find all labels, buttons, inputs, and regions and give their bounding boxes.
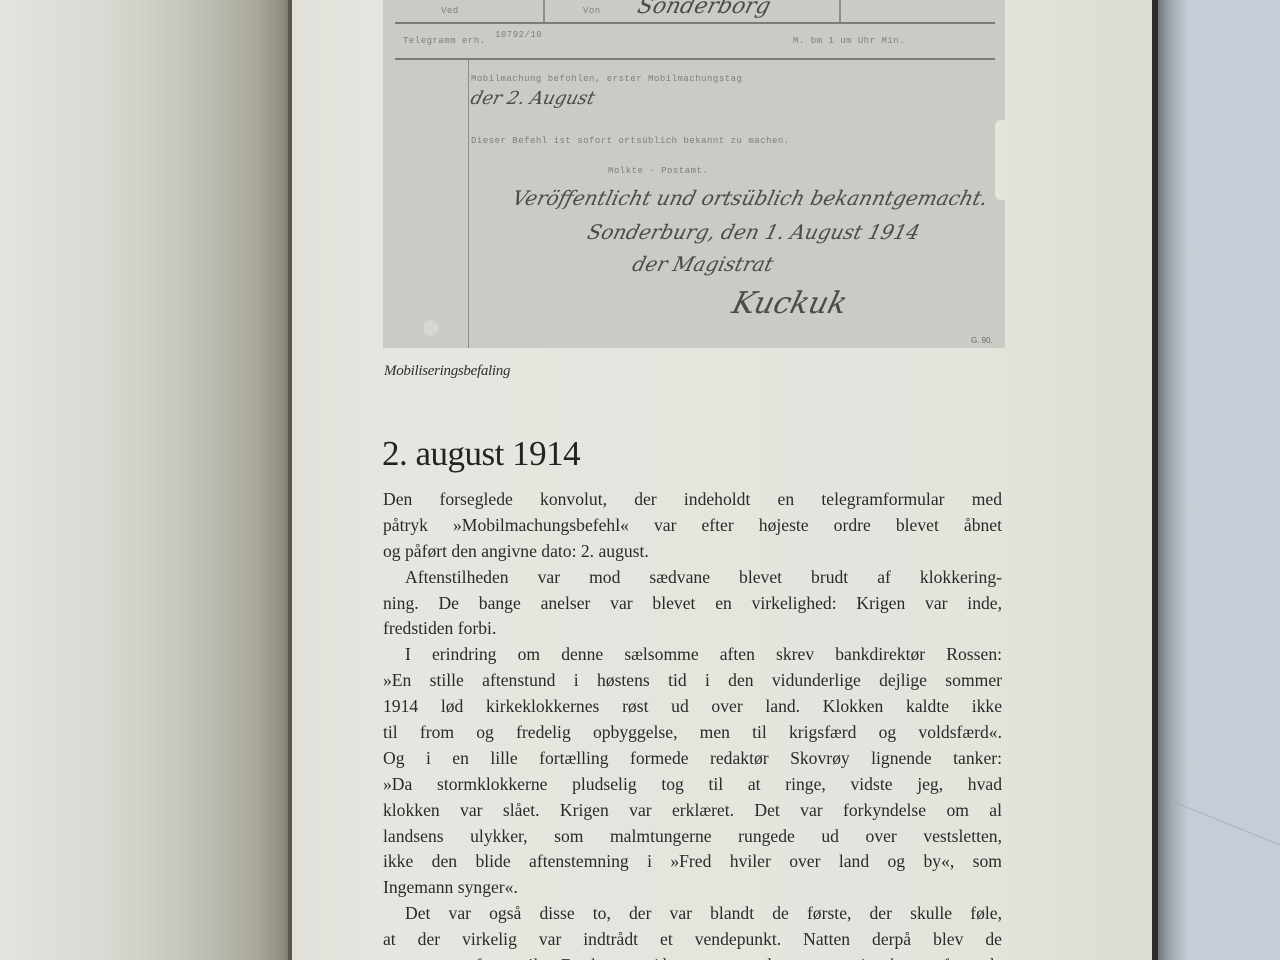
text-line: I erindring om denne sælsomme aften skre… bbox=[383, 642, 1002, 668]
typed-line: Dieser Befehl ist sofort ortsüblich beka… bbox=[471, 136, 790, 146]
signature: Kuckuk bbox=[729, 286, 851, 321]
text-line: Det var også disse to, der var blandt de… bbox=[383, 901, 1002, 927]
text-line: at der virkelig var indtrådt et vendepun… bbox=[383, 927, 1002, 953]
photo-caption: Mobiliseringsbefaling bbox=[384, 363, 510, 380]
handwritten-line: der Magistrat bbox=[630, 252, 776, 276]
text-line: Den forseglede konvolut, der indeholdt e… bbox=[383, 487, 1002, 513]
form-rule bbox=[395, 22, 995, 24]
corner-mark: G. 90. bbox=[971, 336, 993, 345]
page-shadow bbox=[1158, 0, 1188, 960]
form-time-fields: M. bm 1 um Uhr Min. bbox=[793, 36, 905, 46]
text-line: »En stille aftenstund i høstens tid i de… bbox=[383, 668, 1002, 694]
text-line: klokken var slået. Krigen var erklæret. … bbox=[383, 798, 1002, 824]
text-line: ning. De bange anelser var blevet en vir… bbox=[383, 591, 1002, 617]
telegram-photo: Ved Von Sonderborg Telegramm erh. 10792/… bbox=[383, 0, 1005, 348]
form-rule bbox=[395, 58, 995, 60]
text-line: landsens ulykker, som malmtungerne runge… bbox=[383, 824, 1002, 850]
typed-line: Molkte - Postamt. bbox=[608, 166, 708, 176]
table-surface bbox=[1188, 0, 1280, 960]
photo-blemish bbox=[423, 320, 439, 336]
article-body: Den forseglede konvolut, der indeholdt e… bbox=[383, 487, 1002, 960]
typed-line: Mobilmachung befohlen, erster Mobilmachu… bbox=[471, 74, 742, 84]
handwritten-line: Sonderburg, den 1. August 1914 bbox=[585, 220, 922, 244]
text-line: ikke den blide aftenstemning i »Fred hvi… bbox=[383, 849, 1002, 875]
handwritten-place: Sonderborg bbox=[635, 0, 773, 19]
form-number: 10792/10 bbox=[495, 30, 542, 40]
left-page bbox=[0, 0, 292, 960]
text-line: og påført den angivne dato: 2. august. bbox=[383, 539, 1002, 565]
text-line: Aftenstilheden var mod sædvane blevet br… bbox=[383, 565, 1002, 591]
text-line: fredstiden forbi. bbox=[383, 616, 1002, 642]
text-line: arresteret, ført til Bretheuet (det nuvæ… bbox=[383, 953, 1002, 960]
section-heading: 2. august 1914 bbox=[382, 434, 580, 474]
handwritten-date: der 2. August bbox=[468, 88, 597, 109]
text-line: til from og fredelig opbyggelse, men til… bbox=[383, 720, 1002, 746]
text-line: påtryk »Mobilmachungsbefehl« var efter h… bbox=[383, 513, 1002, 539]
form-label-von: Von bbox=[583, 6, 601, 16]
form-label-ved: Ved bbox=[441, 6, 459, 16]
text-line: »Da stormklokkerne pludselig tog til at … bbox=[383, 772, 1002, 798]
form-divider bbox=[543, 0, 545, 22]
form-label-received: Telegramm erh. bbox=[403, 36, 486, 46]
text-line: Ingemann synger«. bbox=[383, 875, 1002, 901]
text-line: 1914 lød kirkeklokkernes røst ud over la… bbox=[383, 694, 1002, 720]
handwritten-line: Veröffentlicht und ortsüblich bekanntgem… bbox=[510, 186, 990, 210]
text-line: Og i en lille fortælling formede redaktø… bbox=[383, 746, 1002, 772]
form-divider bbox=[839, 0, 841, 22]
torn-edge bbox=[995, 120, 1005, 200]
